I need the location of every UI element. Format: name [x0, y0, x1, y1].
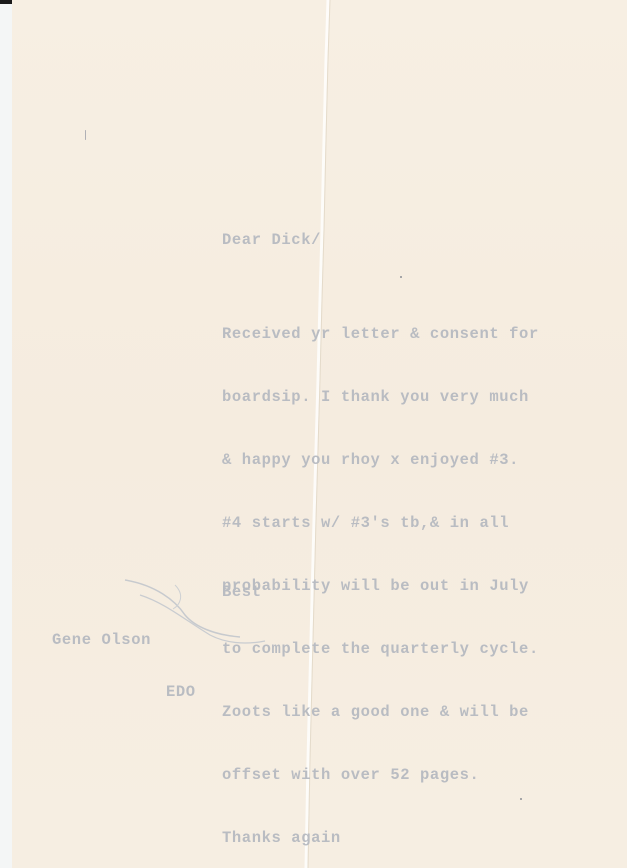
- ink-speck: [520, 798, 522, 800]
- body-line: Thanks again: [222, 828, 539, 849]
- body-line: Zoots like a good one & will be: [222, 702, 539, 723]
- ink-speck: [400, 276, 402, 278]
- body-line: #4 starts w/ #3's tb,& in all: [222, 513, 539, 534]
- salutation: Dear Dick/: [222, 230, 321, 251]
- typist-initials: EDO: [166, 682, 196, 703]
- signature-name: Gene Olson: [52, 630, 151, 651]
- scan-corner: [0, 0, 12, 4]
- body-line: Received yr letter & consent for: [222, 324, 539, 345]
- scan-edge: [0, 0, 12, 868]
- paper-fiber: [85, 130, 86, 140]
- body-line: boardsip. I thank you very much: [222, 387, 539, 408]
- body-line: offset with over 52 pages.: [222, 765, 539, 786]
- body-line: & happy you rhoy x enjoyed #3.: [222, 450, 539, 471]
